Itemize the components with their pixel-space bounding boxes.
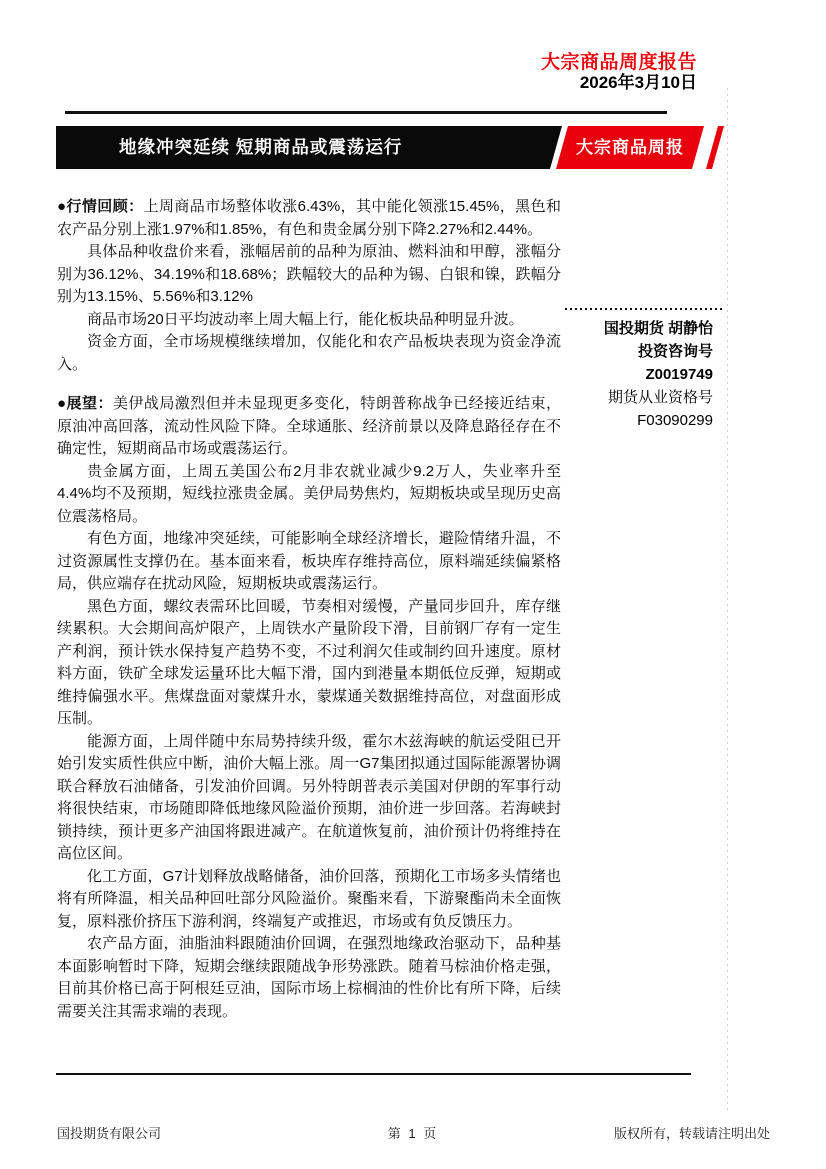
footer-copyright: 版权所有，转载请注明出处 [614, 1123, 770, 1142]
report-date: 2026年3月10日 [541, 73, 697, 92]
outlook-paragraph: 农产品方面，油脂油料跟随油价回调，在强烈地缘政治驱动下，品种基本面影响暂时下降，… [57, 933, 561, 1023]
review-paragraph: 具体品种收盘价来看，涨幅居前的品种为原油、燃料油和甲醇，涨幅分别为36.12%、… [57, 241, 561, 309]
review-paragraph: 商品市场20日平均波动率上周大幅上行，能化板块品种明显升波。 [57, 309, 561, 332]
outlook-lead-text: 美伊战局激烈但并未显现更多变化，特朗普称战争已经接近结束，原油冲高回落，流动性风… [57, 395, 561, 457]
report-series-tag: 大宗商品周报 [556, 126, 704, 169]
masthead: 大宗商品周度报告 2026年3月10日 [541, 52, 697, 92]
outlook-paragraph: 化工方面，G7计划释放战略储备，油价回落，预期化工市场多头情绪也将有所降温，相关… [57, 866, 561, 934]
analyst-divider-dotted [565, 308, 724, 310]
advisory-number: Z0019749 [555, 363, 713, 386]
practice-number: F03090299 [555, 409, 713, 432]
page-footer: 国投期货有限公司 第 1 页 版权所有，转载请注明出处 [0, 1123, 826, 1143]
outlook-lead-paragraph: ●展望：美伊战局激烈但并未显现更多变化，特朗普称战争已经接近结束，原油冲高回落，… [57, 393, 561, 461]
outlook-heading: ●展望： [57, 395, 113, 412]
outlook-paragraph: 有色方面，地缘冲突延续，可能影响全球经济增长，避险情绪升温，不过资源属性支撑仍在… [57, 528, 561, 596]
outlook-paragraph: 黑色方面，螺纹表需环比回暖，节奏相对缓慢，产量同步回升，库存继续累积。大会期间高… [57, 596, 561, 731]
banner-accent-sliver [706, 126, 724, 169]
review-heading: ●行情回顾： [57, 198, 144, 215]
analyst-info: 国投期货 胡静怡 投资咨询号 Z0019749 期货从业资格号 F0309029… [555, 317, 713, 432]
report-body: ●行情回顾：上周商品市场整体收涨6.43%，其中能化领涨15.45%，黑色和农产… [57, 196, 561, 1023]
header-rule [65, 111, 667, 114]
section-market-review: ●行情回顾：上周商品市场整体收涨6.43%，其中能化领涨15.45%，黑色和农产… [57, 196, 561, 376]
right-dotted-guide [727, 88, 728, 1110]
outlook-paragraph: 能源方面，上周伴随中东局势持续升级，霍尔木兹海峡的航运受阻已开始引发实质性供应中… [57, 731, 561, 866]
review-paragraph: 资金方面，全市场规模继续增加，仅能化和农产品板块表现为资金净流入。 [57, 331, 561, 376]
section-outlook: ●展望：美伊战局激烈但并未显现更多变化，特朗普称战争已经接近结束，原油冲高回落，… [57, 393, 561, 1023]
report-title-banner: 地缘冲突延续 短期商品或震荡运行 [56, 126, 562, 169]
report-type-title: 大宗商品周度报告 [541, 52, 697, 73]
review-lead-paragraph: ●行情回顾：上周商品市场整体收涨6.43%，其中能化领涨15.45%，黑色和农产… [57, 196, 561, 241]
analyst-name: 国投期货 胡静怡 [555, 317, 713, 340]
advisory-number-label: 投资咨询号 [555, 340, 713, 363]
outlook-paragraph: 贵金属方面，上周五美国公布2月非农就业减少9.2万人，失业率升至4.4%均不及预… [57, 461, 561, 529]
footer-rule [56, 1073, 691, 1075]
practice-number-label: 期货从业资格号 [555, 386, 713, 409]
